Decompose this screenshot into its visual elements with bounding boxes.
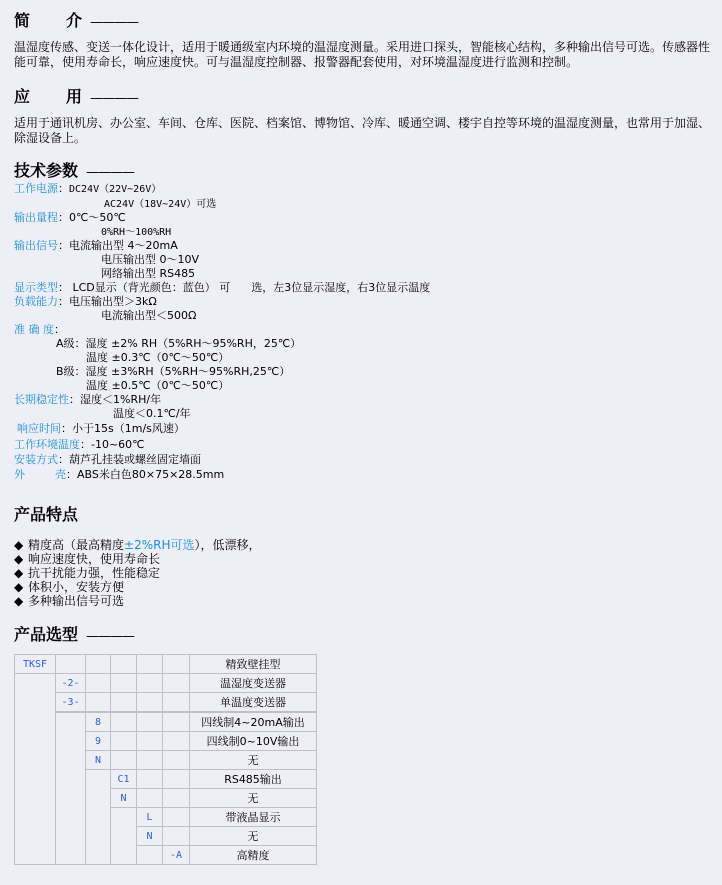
- code-cell: -A: [163, 846, 190, 865]
- empty-cell: [86, 655, 111, 674]
- feature-text: 多种输出信号可选: [28, 594, 124, 608]
- spec-value: DC24V（22V~26V）: [69, 184, 161, 195]
- application-heading: 应用————: [14, 84, 138, 107]
- empty-cell: [163, 789, 190, 808]
- spec-range-2: 0%RH～100%RH: [101, 225, 171, 240]
- feature-text: 精度高（最高精度: [28, 538, 124, 552]
- desc-cell: 无: [190, 789, 317, 808]
- spec-value: 小于15s（1m/s风速）: [72, 422, 185, 435]
- diamond-bullet-icon: ◆: [14, 552, 28, 566]
- intro-heading: 简介————: [14, 8, 138, 31]
- empty-cell: [86, 674, 111, 693]
- spec-label: 输出量程: [14, 211, 58, 224]
- diamond-bullet-icon: ◆: [14, 580, 28, 594]
- colon: ：: [66, 468, 77, 481]
- spec-stability-2: 温度＜0.1℃/年: [113, 407, 191, 421]
- code-cell: 9: [86, 732, 111, 751]
- heading-dash: ————: [86, 165, 134, 180]
- empty-cell: [15, 674, 56, 865]
- colon: ：: [58, 211, 69, 224]
- colon: ：: [80, 438, 91, 451]
- grade-label: B级：: [56, 365, 86, 378]
- spec-label: 响应时间: [17, 422, 61, 435]
- code-cell: N: [86, 751, 111, 770]
- colon: ：: [54, 323, 65, 336]
- empty-cell: [163, 712, 190, 732]
- spec-display: 显示类型： LCD显示（背光颜色：蓝色） 可 选，左3位显示湿度，右3位显示温度: [14, 281, 430, 295]
- colon: ：: [58, 453, 69, 466]
- spec-acc-b: B级：湿度 ±3%RH（5%RH～95%RH,25℃）: [56, 365, 290, 379]
- feature-text: ），低漂移，: [194, 538, 260, 552]
- spec-signal-3: 网络输出型 RS485: [101, 267, 195, 281]
- empty-cell: [163, 693, 190, 713]
- selection-heading-text: 产品选型: [14, 625, 78, 644]
- empty-cell: [137, 732, 163, 751]
- spec-load: 负载能力：电压输出型＞3kΩ: [14, 295, 157, 309]
- specs-heading-text: 技术参数: [14, 161, 78, 180]
- spec-label: 外: [14, 468, 25, 481]
- spec-label: 工作电源: [14, 182, 58, 195]
- spec-label: 安装方式: [14, 453, 58, 466]
- spec-load-2: 电流输出型＜500Ω: [101, 309, 196, 323]
- feature-text: 抗干扰能力强，性能稳定: [28, 566, 160, 580]
- spec-acc-b-2: 温度 ±0.5℃（0℃～50℃）: [86, 379, 229, 393]
- spec-label: 显示类型: [14, 281, 58, 294]
- empty-cell: [111, 674, 137, 693]
- table-row: TKSF 精致壁挂型: [15, 655, 317, 674]
- empty-cell: [163, 827, 190, 846]
- empty-cell: [163, 732, 190, 751]
- spec-stability: 长期稳定性：湿度＜1%RH/年: [14, 393, 161, 407]
- table-row: 8 四线制4~20mA输出: [15, 712, 317, 732]
- empty-cell: [163, 770, 190, 789]
- feature-item: ◆体积小，安装方便: [14, 580, 124, 594]
- feature-item: ◆精度高（最高精度±2%RH可选），低漂移，: [14, 538, 261, 552]
- heading-dash: ————: [86, 629, 134, 644]
- desc-cell: RS485输出: [190, 770, 317, 789]
- code-cell: C1: [111, 770, 137, 789]
- desc-cell: 温湿度变送器: [190, 674, 317, 693]
- empty-cell: [111, 655, 137, 674]
- empty-cell: [86, 770, 111, 865]
- feature-text: 响应速度快，使用寿命长: [28, 552, 160, 566]
- spec-acc-a-2: 温度 ±0.3℃（0℃～50℃）: [86, 351, 229, 365]
- colon: ：: [58, 281, 69, 294]
- desc-cell: 精致壁挂型: [190, 655, 317, 674]
- diamond-bullet-icon: ◆: [14, 538, 28, 552]
- empty-cell: [137, 789, 163, 808]
- spec-label: 长期稳定性: [14, 393, 69, 406]
- empty-cell: [137, 674, 163, 693]
- specs-heading: 技术参数————: [14, 158, 134, 181]
- spec-response: 响应时间：小于15s（1m/s风速）: [17, 422, 185, 436]
- spec-value: 电压输出型＞3kΩ: [69, 295, 157, 308]
- spec-install: 安装方式：葫芦孔挂装或螺丝固定墙面: [14, 453, 201, 467]
- spec-value: 电流输出型 4～20mA: [69, 239, 178, 252]
- spec-power-2: AC24V（18V~24V）可选: [104, 197, 216, 212]
- empty-cell: [163, 655, 190, 674]
- selection-table: TKSF 精致壁挂型 -2- 温湿度变送器 -3- 单温度变送器 8 四线制4~…: [14, 654, 317, 865]
- desc-cell: 无: [190, 827, 317, 846]
- empty-cell: [86, 693, 111, 713]
- spec-value: 0℃～50℃: [69, 211, 126, 224]
- desc-cell: 四线制0~10V输出: [190, 732, 317, 751]
- spec-power: 工作电源：DC24V（22V~26V）: [14, 182, 161, 197]
- spec-label: 负载能力: [14, 295, 58, 308]
- spec-range: 输出量程：0℃～50℃: [14, 211, 126, 225]
- empty-cell: [137, 846, 163, 865]
- code-cell: -3-: [56, 693, 86, 713]
- spec-signal-2: 电压输出型 0～10V: [101, 253, 199, 267]
- empty-cell: [137, 655, 163, 674]
- desc-cell: 带液晶显示: [190, 808, 317, 827]
- desc-cell: 高精度: [190, 846, 317, 865]
- empty-cell: [111, 751, 137, 770]
- spec-label: 准 确 度: [14, 323, 54, 336]
- spec-label: 壳: [55, 468, 66, 481]
- spec-value: LCD显示（背光颜色：蓝色） 可 选，左3位显示湿度，右3位显示温度: [69, 281, 430, 294]
- heading-dash: ————: [90, 91, 138, 106]
- empty-cell: [111, 732, 137, 751]
- spec-value: 湿度＜1%RH/年: [80, 393, 161, 406]
- colon: ：: [69, 393, 80, 406]
- feature-item: ◆多种输出信号可选: [14, 594, 124, 608]
- table-row: -2- 温湿度变送器: [15, 674, 317, 693]
- diamond-bullet-icon: ◆: [14, 566, 28, 580]
- application-heading-b: 用: [66, 87, 82, 106]
- spec-value: 葫芦孔挂装或螺丝固定墙面: [69, 453, 201, 466]
- spec-acc-a: A级：湿度 ±2% RH（5%RH～95%RH，25℃）: [56, 337, 301, 351]
- spec-value: -10~60℃: [91, 438, 145, 451]
- diamond-bullet-icon: ◆: [14, 594, 28, 608]
- spec-label: 工作环境温度: [14, 438, 80, 451]
- code-cell: 8: [86, 712, 111, 732]
- empty-cell: [111, 693, 137, 713]
- empty-cell: [163, 808, 190, 827]
- intro-text: 温湿度传感、变送一体化设计，适用于暖通级室内环境的温湿度测量。采用进口探头，智能…: [14, 40, 714, 70]
- empty-cell: [111, 808, 137, 865]
- application-text: 适用于通讯机房、办公室、车间、仓库、医院、档案馆、博物馆、冷库、暖通空调、楼宇自…: [14, 116, 714, 146]
- code-cell: N: [137, 827, 163, 846]
- spec-value: ABS米白色80×75×28.5mm: [77, 468, 224, 481]
- feature-text: 体积小，安装方便: [28, 580, 124, 594]
- colon: ：: [58, 239, 69, 252]
- application-heading-a: 应: [14, 87, 30, 106]
- intro-heading-b: 介: [66, 11, 82, 30]
- selection-heading: 产品选型————: [14, 622, 134, 645]
- spec-value: 0%RH～100%RH: [101, 227, 171, 238]
- grade-label: A级：: [56, 337, 86, 350]
- code-cell: N: [111, 789, 137, 808]
- empty-cell: [137, 693, 163, 713]
- table-row: -3- 单温度变送器: [15, 693, 317, 713]
- empty-cell: [137, 712, 163, 732]
- colon: ：: [58, 295, 69, 308]
- features-heading: 产品特点: [14, 502, 78, 525]
- desc-cell: 四线制4~20mA输出: [190, 712, 317, 732]
- code-cell: TKSF: [15, 655, 56, 674]
- spec-value: AC24V（18V~24V）可选: [104, 199, 216, 210]
- spec-env: 工作环境温度：-10~60℃: [14, 438, 145, 452]
- empty-cell: [163, 751, 190, 770]
- spec-shell: 外壳：ABS米白色80×75×28.5mm: [14, 468, 224, 482]
- empty-cell: [111, 712, 137, 732]
- feature-item: ◆响应速度快，使用寿命长: [14, 552, 160, 566]
- colon: ：: [61, 422, 72, 435]
- feature-item: ◆抗干扰能力强，性能稳定: [14, 566, 160, 580]
- intro-heading-a: 简: [14, 11, 30, 30]
- spec-signal: 输出信号：电流输出型 4～20mA: [14, 239, 178, 253]
- spec-value: 湿度 ±3%RH（5%RH～95%RH,25℃）: [86, 365, 291, 378]
- empty-cell: [56, 655, 86, 674]
- desc-cell: 单温度变送器: [190, 693, 317, 713]
- spec-accuracy: 准 确 度：: [14, 323, 65, 337]
- code-cell: L: [137, 808, 163, 827]
- feature-highlight: ±2%RH可选: [124, 538, 194, 552]
- heading-dash: ————: [90, 15, 138, 30]
- colon: ：: [58, 182, 69, 195]
- spec-label: 输出信号: [14, 239, 58, 252]
- empty-cell: [137, 751, 163, 770]
- empty-cell: [137, 770, 163, 789]
- code-cell: -2-: [56, 674, 86, 693]
- desc-cell: 无: [190, 751, 317, 770]
- spec-value: 湿度 ±2% RH（5%RH～95%RH，25℃）: [86, 337, 302, 350]
- empty-cell: [163, 674, 190, 693]
- empty-cell: [56, 712, 86, 865]
